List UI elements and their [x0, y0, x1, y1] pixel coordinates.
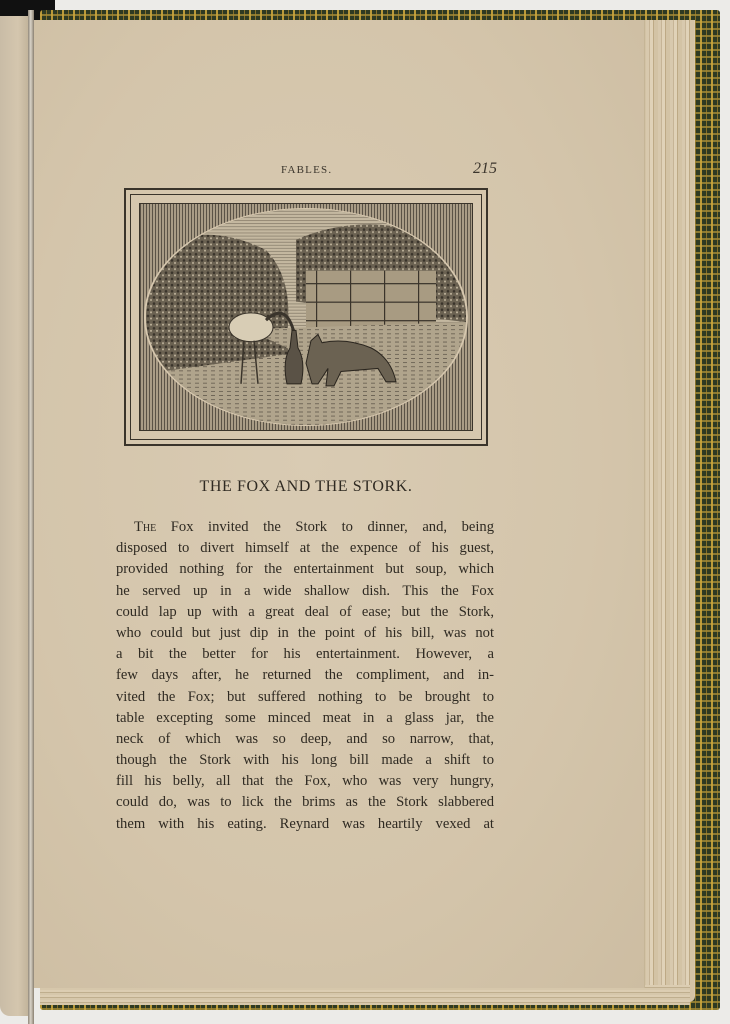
body-line: neck of which was so deep, and so narrow… [116, 729, 494, 750]
fable-body-text: The Fox invited the Stork to dinner, and… [116, 517, 494, 835]
body-line: vited the Fox; but suffered nothing to b… [116, 687, 494, 708]
body-line: provided nothing for the entertainment b… [116, 559, 494, 580]
book-page: FABLES. 215 [34, 20, 644, 988]
body-line: them with his eating. Reynard was hearti… [116, 814, 494, 835]
running-head: FABLES. 215 [281, 160, 497, 178]
body-line: could lap up with a great deal of ease; … [116, 602, 494, 623]
body-line: he served up in a wide shallow dish. Thi… [116, 581, 494, 602]
book-gutter [28, 10, 34, 1024]
body-line: a bit the better for his entertainment. … [116, 644, 494, 665]
body-line: could do, was to lick the brims as the S… [116, 792, 494, 813]
page-block-bottom-edges [40, 985, 690, 1005]
body-line: fill his belly, all that the Fox, who wa… [116, 771, 494, 792]
body-line: few days after, he returned the complime… [116, 665, 494, 686]
fox-and-stork-scene-icon [146, 209, 466, 425]
body-line: disposed to divert himself at the expenc… [116, 538, 494, 559]
running-title: FABLES. [281, 164, 332, 176]
body-line: table excepting some minced meat in a gl… [116, 708, 494, 729]
body-line: though the Stork with his long bill made… [116, 750, 494, 771]
body-line: The Fox invited the Stork to dinner, and… [116, 517, 494, 538]
opening-word: The [134, 519, 156, 535]
illustration-hatched-border [139, 203, 473, 431]
page-number: 215 [473, 160, 497, 178]
facing-left-page [0, 16, 30, 1016]
illustration-frame [130, 194, 482, 440]
fable-title: THE FOX AND THE STORK. [124, 478, 488, 496]
body-line: who could but just dip in the point of h… [116, 623, 494, 644]
engraving-illustration [124, 188, 488, 446]
